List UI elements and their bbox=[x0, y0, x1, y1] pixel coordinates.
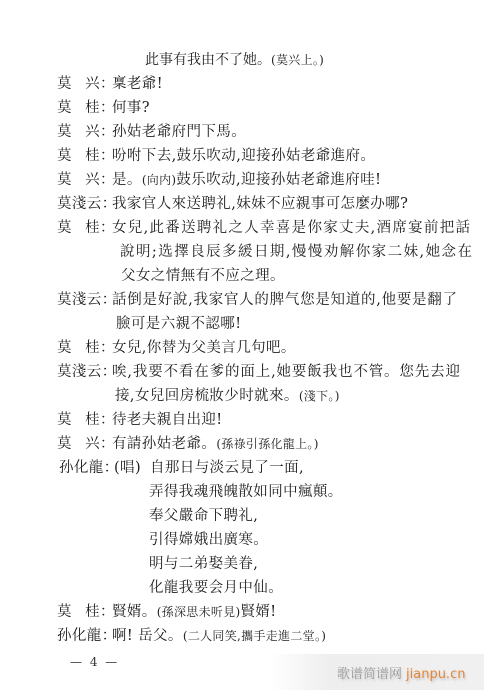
script-line: 莫 桂： 待老夫親自出迎! bbox=[0, 408, 484, 432]
speaker-name: 孙化龍 bbox=[57, 624, 102, 648]
dialogue-continuation-group: 接,女兒回房梳妝少时就來。(淺下。) bbox=[115, 384, 340, 408]
stage-direction: (莫兴上。) bbox=[271, 53, 324, 67]
heading-text: 此事有我由不了她。 bbox=[145, 52, 271, 68]
speaker-name: 孙化龍 bbox=[59, 456, 104, 480]
script-line: 莫 桂： 何事? bbox=[0, 96, 484, 120]
speaker-separator: ： bbox=[102, 192, 112, 216]
speaker-label: 莫 桂： bbox=[57, 144, 110, 168]
dialogue-text-group: 是。(向内)鼓乐吹动,迎接孙姑老爺進府哇! bbox=[112, 168, 381, 192]
speaker-name: 莫 兴 bbox=[57, 432, 100, 456]
speaker-name: 莫 兴 bbox=[57, 168, 100, 192]
script-line: 弄得我魂飛魄散如同中瘋顛。 bbox=[0, 480, 484, 504]
stage-direction: (孫祿引孫化龍上。) bbox=[216, 437, 318, 451]
speaker-separator: ： bbox=[100, 120, 110, 144]
dialogue-text: 待老夫親自出迎! bbox=[112, 408, 223, 432]
dialogue-text-group: 賢婿。(孫深思未听見)賢婿! bbox=[112, 600, 277, 624]
script-line: 說明;选擇良辰多緩日期,慢慢劝解你家二妹,她念在 bbox=[0, 240, 484, 264]
speaker-label: 莫淺云： bbox=[57, 288, 112, 312]
speaker-label: 莫 桂： bbox=[57, 336, 110, 360]
sung-verse: 明与二弟娶美眷, bbox=[149, 552, 258, 576]
dialogue-text: 鼓乐吹动,迎接孙姑老爺進府哇! bbox=[176, 172, 381, 188]
speaker-label: 莫 桂： bbox=[57, 408, 110, 432]
script-line: 莫 兴： 有請孙姑老爺。(孫祿引孫化龍上。) bbox=[0, 432, 484, 456]
sung-marker: (唱) bbox=[114, 456, 150, 480]
stage-direction: (孫深思未听見) bbox=[157, 605, 241, 619]
script-line: 莫 兴： 稟老爺! bbox=[0, 72, 484, 96]
dialogue-text: 何事? bbox=[112, 96, 150, 120]
dialogue-text-group: 有請孙姑老爺。(孫祿引孫化龍上。) bbox=[112, 432, 319, 456]
speaker-separator: ： bbox=[100, 336, 110, 360]
speaker-separator: ： bbox=[100, 216, 110, 240]
speaker-name: 莫 桂 bbox=[57, 408, 100, 432]
speaker-separator: ： bbox=[100, 408, 110, 432]
speaker-label: 莫淺云： bbox=[57, 192, 112, 216]
script-line: 莫 兴： 是。(向内)鼓乐吹动,迎接孙姑老爺進府哇! bbox=[0, 168, 484, 192]
speaker-name: 莫 桂 bbox=[57, 96, 100, 120]
dialogue-text: 孙姑老爺府門下馬。 bbox=[112, 120, 246, 144]
script-line: 化龍我要会月中仙。 bbox=[0, 576, 484, 600]
speaker-label: 孙化龍： bbox=[57, 624, 112, 648]
speaker-name: 莫淺云 bbox=[57, 360, 102, 384]
watermark-site-name: 歌谱简谱网 bbox=[337, 667, 402, 682]
dialogue-text: 啊! 岳父。 bbox=[112, 628, 183, 644]
speaker-name: 莫 桂 bbox=[57, 600, 100, 624]
dialogue-text: 話倒是好說,我家官人的脾气您是知道的,他要是翻了 bbox=[112, 288, 457, 312]
dialogue-continuation: 接,女兒回房梳妝少时就來。 bbox=[115, 388, 299, 404]
script-line: 接,女兒回房梳妝少时就來。(淺下。) bbox=[0, 384, 484, 408]
script-line: 引得嫦娥出廣寒。 bbox=[0, 528, 484, 552]
dialogue-text: 賢婿。 bbox=[112, 604, 157, 620]
speaker-separator: ： bbox=[100, 144, 110, 168]
dialogue-continuation: 父女之情無有不应之理。 bbox=[121, 264, 285, 288]
speaker-label: 孙化龍： bbox=[59, 456, 114, 480]
script-line: 孙化龍： 啊! 岳父。(二人同笑,攜手走進二堂。) bbox=[0, 624, 484, 648]
speaker-name: 莫 兴 bbox=[57, 120, 100, 144]
speaker-label: 莫 桂： bbox=[57, 600, 110, 624]
stage-direction: (二人同笑,攜手走進二堂。) bbox=[183, 629, 326, 643]
dialogue-text-group: 啊! 岳父。(二人同笑,攜手走進二堂。) bbox=[112, 624, 326, 648]
script-line: 明与二弟娶美眷, bbox=[0, 552, 484, 576]
speaker-label: 莫淺云： bbox=[57, 360, 112, 384]
sung-verse: 引得嫦娥出廣寒。 bbox=[149, 528, 268, 552]
dialogue-text: 唉,我要不看在爹的面上,她要飯我也不管。您先去迎 bbox=[112, 360, 460, 384]
speaker-name: 莫淺云 bbox=[57, 288, 102, 312]
scanned-script-page: 此事有我由不了她。(莫兴上。) 莫 兴： 稟老爺! 莫 桂： 何事? 莫 兴： … bbox=[0, 0, 484, 690]
speaker-name: 莫 桂 bbox=[57, 216, 100, 240]
script-line: 莫淺云： 唉,我要不看在爹的面上,她要飯我也不管。您先去迎 bbox=[0, 360, 484, 384]
speaker-separator: ： bbox=[104, 456, 114, 480]
script-line: 孙化龍： (唱)自那日与淡云見了一面, bbox=[0, 456, 484, 480]
script-line: 莫 桂： 吩咐下去,鼓乐吹动,迎接孙姑老爺進府。 bbox=[0, 144, 484, 168]
dialogue-text-wrapper: 女兒,此番送聘礼之人幸喜是你家丈夫,酒席宴前把話 bbox=[112, 216, 470, 240]
speaker-label: 莫 兴： bbox=[57, 72, 110, 96]
speaker-separator: ： bbox=[100, 600, 110, 624]
dialogue-text: 吩咐下去,鼓乐吹动,迎接孙姑老爺進府。 bbox=[112, 144, 375, 168]
speaker-label: 莫 兴： bbox=[57, 432, 110, 456]
dialogue-text-wrapper: 唉,我要不看在爹的面上,她要飯我也不管。您先去迎 bbox=[112, 360, 460, 384]
stage-direction: (向内) bbox=[142, 173, 177, 187]
speaker-name: 莫淺云 bbox=[57, 192, 102, 216]
script-line: 莫 桂： 賢婿。(孫深思未听見)賢婿! bbox=[0, 600, 484, 624]
heading-text-group: 此事有我由不了她。(莫兴上。) bbox=[145, 48, 324, 72]
script-line: 父女之情無有不应之理。 bbox=[0, 264, 484, 288]
speaker-label: 莫 桂： bbox=[57, 216, 110, 240]
speaker-separator: ： bbox=[100, 168, 110, 192]
dialogue-text: 我家官人來送聘礼,妹妹不应親事可怎麼办哪? bbox=[112, 192, 408, 216]
script-line: 莫 桂： 女兒,你替为父美言几句吧。 bbox=[0, 336, 484, 360]
sung-verse: 奉父嚴命下聘礼, bbox=[149, 504, 258, 528]
speaker-label: 莫 兴： bbox=[57, 120, 110, 144]
dialogue-text: 女兒,此番送聘礼之人幸喜是你家丈夫,酒席宴前把話 bbox=[112, 216, 470, 240]
dialogue-text-group: (唱)自那日与淡云見了一面, bbox=[114, 456, 304, 480]
dialogue-continuation-wrapper: 說明;选擇良辰多緩日期,慢慢劝解你家二妹,她念在 bbox=[120, 240, 472, 264]
script-line: 莫淺云： 我家官人來送聘礼,妹妹不应親事可怎麼办哪? bbox=[0, 192, 484, 216]
speaker-label: 莫 兴： bbox=[57, 168, 110, 192]
stage-direction: (淺下。) bbox=[299, 389, 340, 403]
dialogue-text: 是。 bbox=[112, 172, 142, 188]
dialogue-text: 稟老爺! bbox=[112, 72, 163, 96]
sung-verse: 自那日与淡云見了一面, bbox=[150, 460, 304, 476]
dialogue-text: 賢婿! bbox=[240, 604, 276, 620]
speaker-name: 莫 桂 bbox=[57, 144, 100, 168]
sung-verse: 弄得我魂飛魄散如同中瘋顛。 bbox=[149, 480, 343, 504]
watermark: 歌谱简谱网jianpu.cn bbox=[337, 663, 465, 683]
script-line: 莫 兴： 孙姑老爺府門下馬。 bbox=[0, 120, 484, 144]
dialogue-text: 有請孙姑老爺。 bbox=[112, 436, 216, 452]
speaker-label: 莫 桂： bbox=[57, 96, 110, 120]
page-number: — 4 — bbox=[70, 650, 119, 674]
script-line: 莫淺云： 話倒是好說,我家官人的脾气您是知道的,他要是翻了 bbox=[0, 288, 484, 312]
dialogue-text: 女兒,你替为父美言几句吧。 bbox=[112, 336, 296, 360]
speaker-separator: ： bbox=[102, 360, 112, 384]
speaker-separator: ： bbox=[102, 624, 112, 648]
dialogue-text-wrapper: 話倒是好說,我家官人的脾气您是知道的,他要是翻了 bbox=[112, 288, 457, 312]
script-line: 奉父嚴命下聘礼, bbox=[0, 504, 484, 528]
script-heading-line: 此事有我由不了她。(莫兴上。) bbox=[0, 48, 484, 72]
speaker-separator: ： bbox=[102, 288, 112, 312]
sung-verse: 化龍我要会月中仙。 bbox=[149, 576, 283, 600]
script-line: 莫 桂： 女兒,此番送聘礼之人幸喜是你家丈夫,酒席宴前把話 bbox=[0, 216, 484, 240]
dialogue-continuation: 臉可是六親不認哪! bbox=[116, 312, 241, 336]
watermark-domain: jianpu.cn bbox=[406, 667, 465, 682]
dialogue-continuation: 說明;选擇良辰多緩日期,慢慢劝解你家二妹,她念在 bbox=[120, 240, 472, 264]
speaker-name: 莫 兴 bbox=[57, 72, 100, 96]
speaker-separator: ： bbox=[100, 432, 110, 456]
speaker-name: 莫 桂 bbox=[57, 336, 100, 360]
script-line: 臉可是六親不認哪! bbox=[0, 312, 484, 336]
speaker-separator: ： bbox=[100, 96, 110, 120]
speaker-separator: ： bbox=[100, 72, 110, 96]
